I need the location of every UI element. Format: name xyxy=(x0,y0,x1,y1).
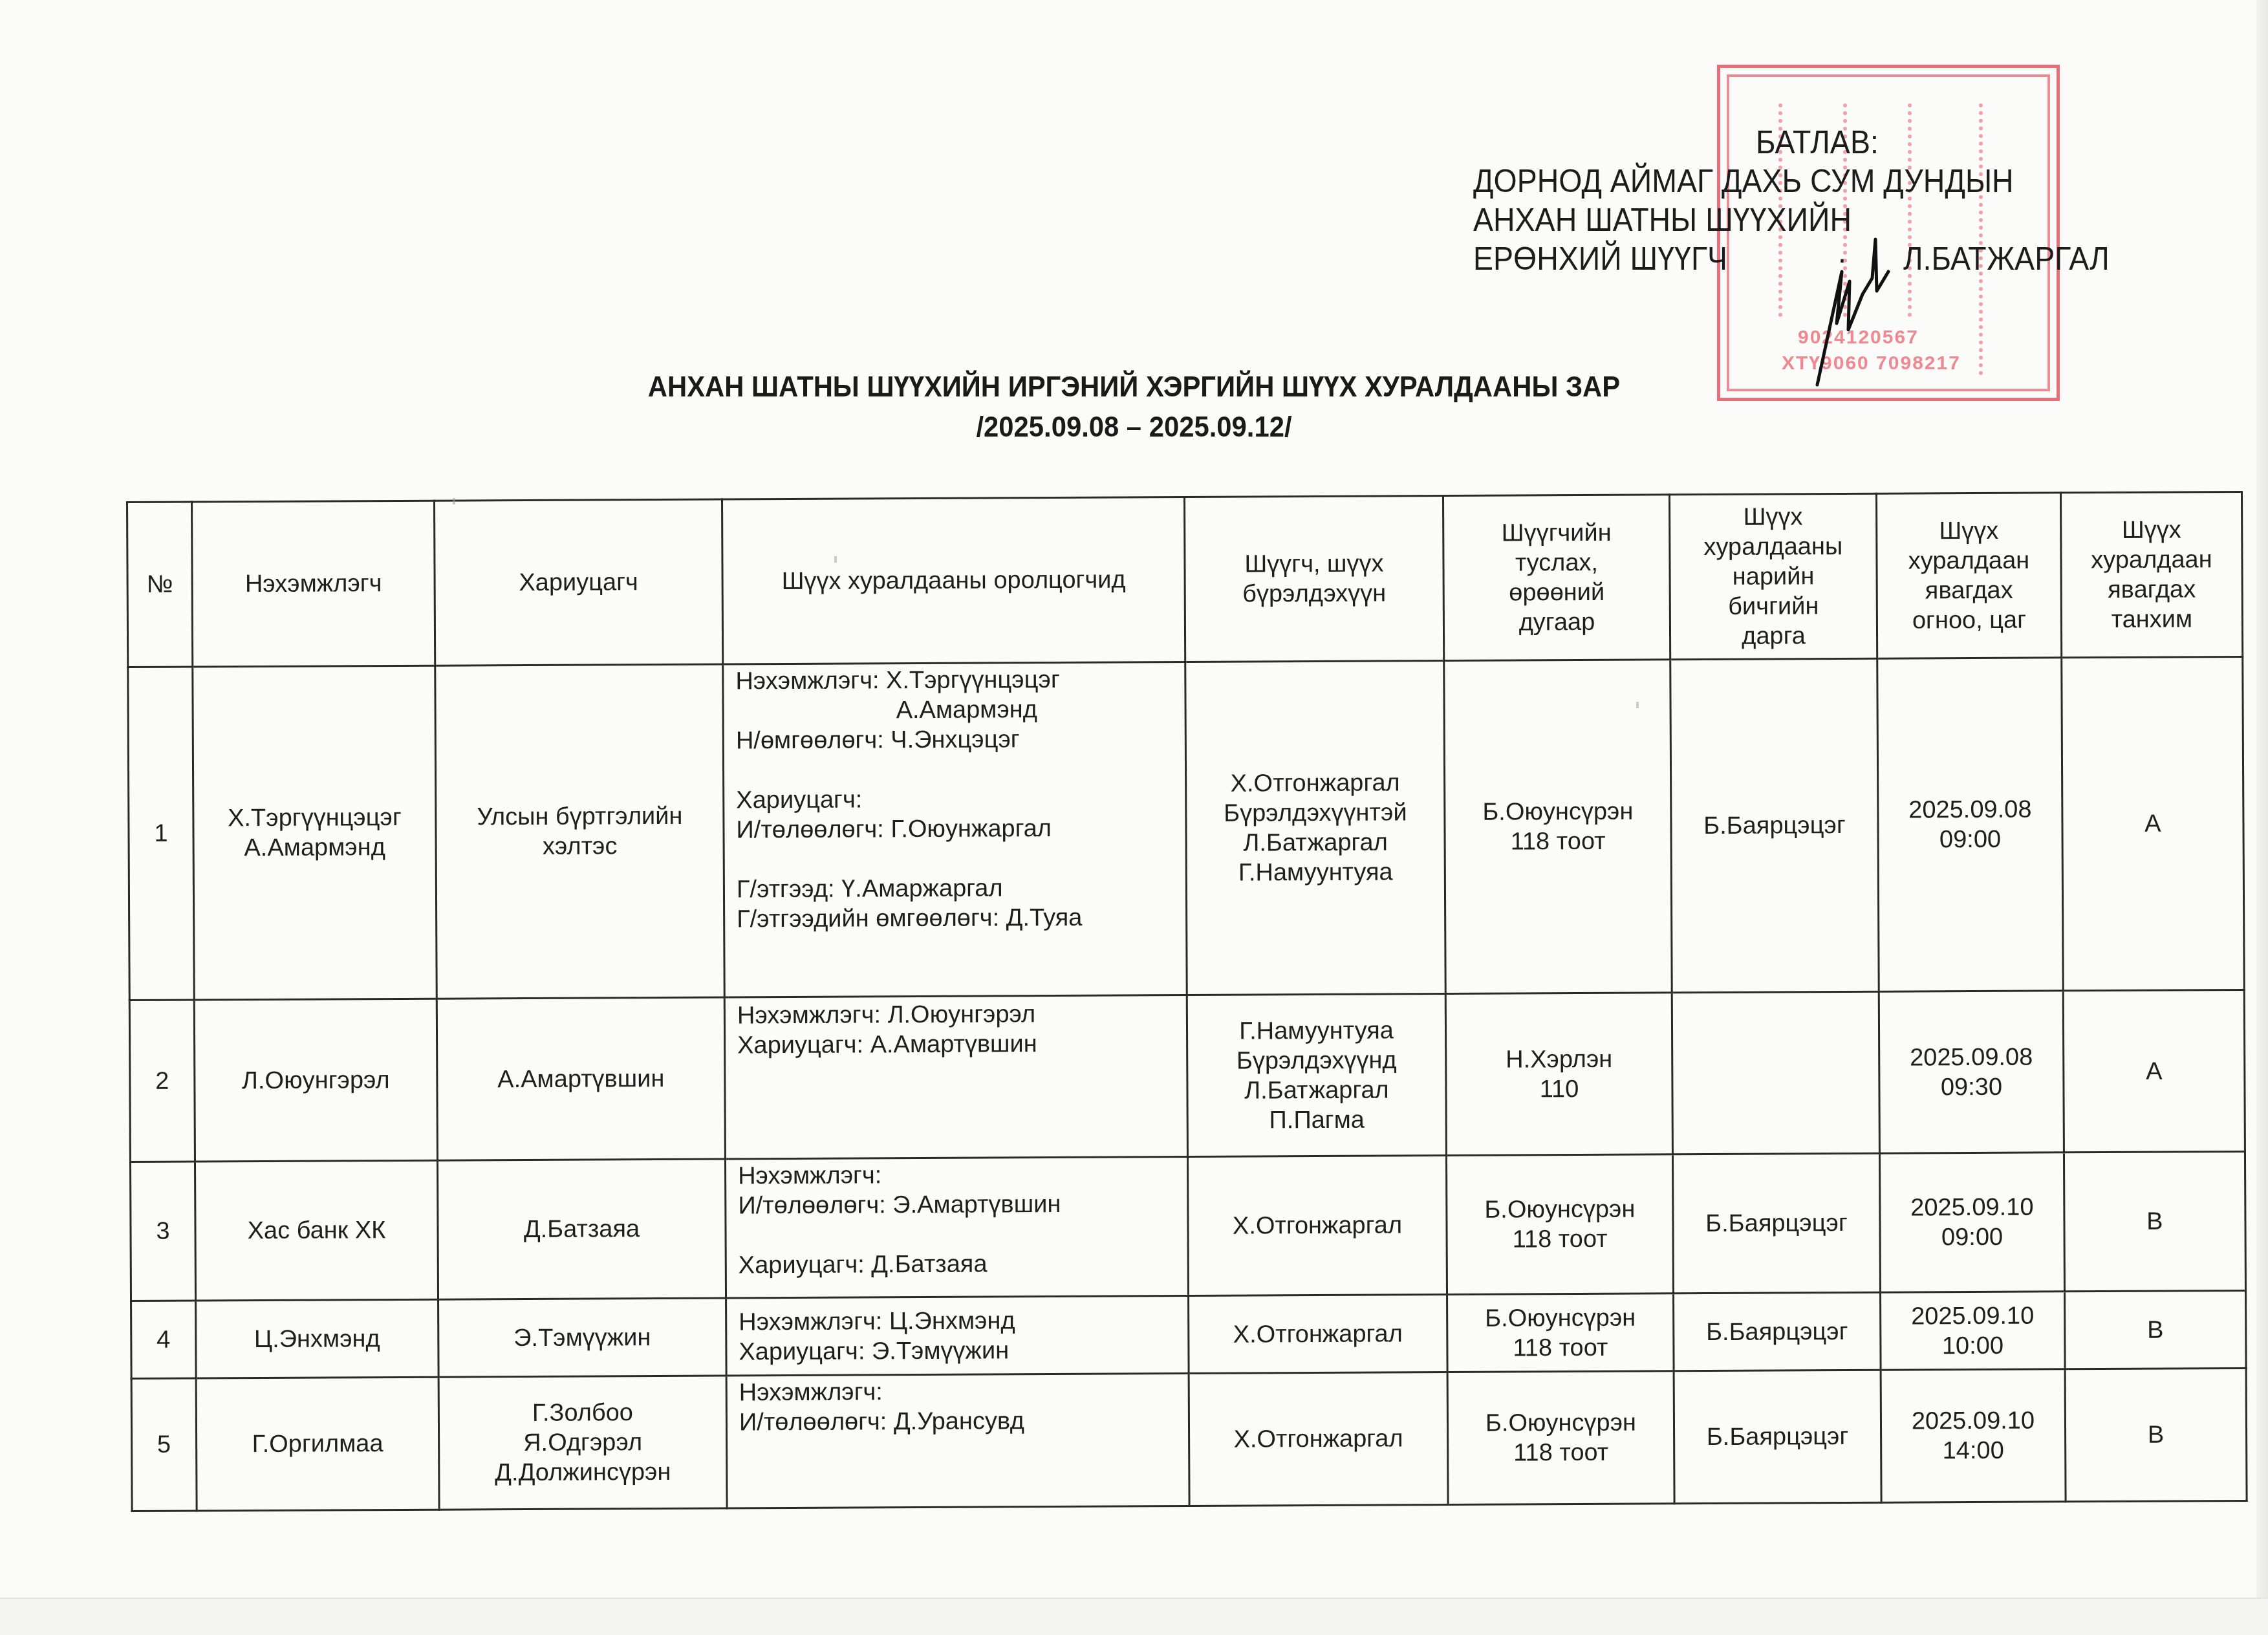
defendant-cell: Д.Батзаяа xyxy=(437,1159,726,1299)
cell-text: 09:00 xyxy=(1885,824,2055,854)
judge-panel-cell: Х.Отгонжаргал xyxy=(1187,1156,1447,1296)
cell-text: Г.Намуунтуяа xyxy=(1194,857,1438,888)
participant-line: Хариуцагч: xyxy=(736,783,1178,815)
hall-cell: В xyxy=(2064,1152,2245,1292)
approval-signee: Л.БАТЖАРГАЛ xyxy=(1903,239,2110,278)
hall-cell: В xyxy=(2065,1290,2247,1369)
cell-text: Х.Отгонжаргал xyxy=(1193,768,1437,799)
secretary-cell xyxy=(1672,991,1879,1154)
cell-text: Бүрэлдэхүүнд xyxy=(1194,1045,1438,1076)
participants-cell: Нэхэмжлэгч: Х.ТэргүүнцэцэгА.АмармэндН/өм… xyxy=(723,662,1187,997)
participant-line: Нэхэмжлэгч: Ц.Энхмэнд xyxy=(739,1305,1181,1337)
row-number-cell: 1 xyxy=(128,667,195,1000)
cell-text: Х.Отгонжаргал xyxy=(1196,1424,1440,1455)
header-text: Шүүгчийн xyxy=(1451,517,1662,548)
table-row: 1Х.ТэргүүнцэцэгА.АмармэндУлсын бүртгэлий… xyxy=(128,657,2244,1001)
participant-line: Нэхэмжлэгч: xyxy=(739,1376,1182,1407)
participant-line: Г/этгээд: Ү.Амаржаргал xyxy=(737,872,1179,904)
scan-page-edge xyxy=(2256,0,2268,1635)
cell-text: Х.Отгонжаргал xyxy=(1196,1319,1440,1350)
secretary-cell: Б.Баярцэцэг xyxy=(1674,1370,1881,1504)
defendant-cell: Улсын бүртгэлийнхэлтэс xyxy=(435,664,725,999)
header-text: бичгийн xyxy=(1678,591,1870,622)
header-text: дугаар xyxy=(1451,607,1663,638)
cell-text: Г.Оргилмаа xyxy=(204,1429,431,1460)
cell-text: Ц.Энхмэнд xyxy=(203,1323,431,1354)
participants-cell: Нэхэмжлэгч: Ц.ЭнхмэндХариуцагч: Э.Тэмүүж… xyxy=(726,1295,1189,1375)
cell-text: Д.Должинсүрэн xyxy=(446,1457,719,1488)
cell-text: 118 тоот xyxy=(1452,826,1663,857)
cell-text: Б.Оюунсүрэн xyxy=(1455,1407,1667,1438)
table-row: 4Ц.ЭнхмэндЭ.ТэмүүжинНэхэмжлэгч: Ц.Энхмэн… xyxy=(131,1290,2247,1378)
cell-text: 2025.09.08 xyxy=(1885,794,2055,825)
table-row: 3Хас банк ХКД.БатзаяаНэхэмжлэгч:И/төлөөл… xyxy=(130,1152,2245,1301)
cell-text: 2025.09.10 xyxy=(1888,1405,2058,1436)
plaintiff-cell: Хас банк ХК xyxy=(195,1160,438,1301)
table-row: 2Л.ОюунгэрэлА.АмартүвшинНэхэмжлэгч: Л.Ою… xyxy=(129,990,2245,1162)
header-participants: Шүүх хуралдааны оролцогчид xyxy=(722,497,1185,664)
datetime-cell: 2025.09.0809:00 xyxy=(1877,658,2064,991)
cell-text: 14:00 xyxy=(1888,1435,2058,1466)
table-body: 1Х.ТэргүүнцэцэгА.АмармэндУлсын бүртгэлий… xyxy=(128,657,2247,1511)
cell-text: 118 тоот xyxy=(1454,1224,1665,1255)
row-number-cell: 3 xyxy=(130,1162,195,1301)
header-text: № xyxy=(135,570,185,600)
hearing-schedule-table: №НэхэмжлэгчХариуцагчШүүх хуралдааны орол… xyxy=(126,491,2248,1512)
cell-text: Л.Оюунгэрэл xyxy=(202,1065,429,1096)
header-number: № xyxy=(127,502,193,667)
participants-cell: Нэхэмжлэгч:И/төлөөлөгч: Д.Урансувд xyxy=(726,1373,1189,1508)
cell-text: 10:00 xyxy=(1888,1330,2057,1361)
header-text: хуралдаан xyxy=(1884,545,2053,576)
cell-text: Х.Отгонжаргал xyxy=(1195,1210,1439,1241)
row-number-cell: 2 xyxy=(129,1000,195,1162)
cell-text: А.Амартүвшин xyxy=(444,1063,717,1094)
header-text: явагдах xyxy=(2069,574,2235,605)
cell-text: 118 тоот xyxy=(1455,1437,1667,1468)
header-text: явагдах xyxy=(1885,575,2054,605)
cell-text: Г.Золбоо xyxy=(446,1398,719,1429)
approval-line: АНХАН ШАТНЫ ШҮҮХИЙН xyxy=(1473,200,2147,239)
row-number-cell: 5 xyxy=(131,1378,197,1511)
header-text: Шүүх хуралдааны оролцогчид xyxy=(730,565,1178,596)
cell-text: 118 тоот xyxy=(1454,1332,1666,1363)
cell-text: 09:00 xyxy=(1887,1222,2057,1252)
row-number-cell: 4 xyxy=(131,1301,197,1378)
cell-text: 2025.09.10 xyxy=(1887,1192,2057,1222)
participant-line xyxy=(737,843,1179,874)
header-text: дарга xyxy=(1678,621,1870,651)
cell-text: Л.Батжаргал xyxy=(1193,827,1437,858)
cell-text: Н.Хэрлэн xyxy=(1453,1044,1665,1075)
header-secretary: Шүүххуралдаанынарийнбичгийндарга xyxy=(1669,493,1877,660)
cell-text: Э.Тэмүүжин xyxy=(446,1322,718,1353)
cell-text: Я.Одгэрэл xyxy=(446,1427,719,1458)
participant-line: Нэхэмжлэгч: Л.Оюунгэрэл xyxy=(737,999,1180,1030)
signature-icon xyxy=(1811,233,1901,388)
header-text: огноо, цаг xyxy=(1885,605,2054,635)
scan-speck xyxy=(1636,702,1639,708)
assistant-room-cell: Б.Оюунсүрэн118 тоот xyxy=(1447,1294,1674,1372)
cell-text: А.Амармэнд xyxy=(201,832,429,863)
header-text: өрөөний xyxy=(1451,577,1663,608)
assistant-room-cell: Н.Хэрлэн110 xyxy=(1445,993,1672,1156)
secretary-cell: Б.Баярцэцэг xyxy=(1674,1292,1881,1371)
header-plaintiff: Нэхэмжлэгч xyxy=(192,501,435,667)
header-text: бүрэлдэхүүн xyxy=(1193,578,1436,609)
plaintiff-cell: Л.Оюунгэрэл xyxy=(194,999,437,1162)
cell-text: П.Пагма xyxy=(1195,1105,1439,1136)
cell-text: Б.Оюунсүрэн xyxy=(1454,1303,1666,1334)
cell-text: Б.Баярцэцэг xyxy=(1681,1422,1874,1452)
approval-heading: БАТЛАВ: xyxy=(1473,123,2147,162)
cell-text: Б.Оюунсүрэн xyxy=(1452,796,1663,827)
header-text: Шүүгч, шүүх xyxy=(1192,548,1436,579)
secretary-cell: Б.Баярцэцэг xyxy=(1672,1153,1880,1294)
participants-cell: Нэхэмжлэгч:И/төлөөлөгч: Э.АмартүвшинХари… xyxy=(725,1156,1188,1297)
participant-line: А.Амармэнд xyxy=(735,694,1178,726)
plaintiff-cell: Х.ТэргүүнцэцэгА.Амармэнд xyxy=(193,666,437,1000)
table-header-row: №НэхэмжлэгчХариуцагчШүүх хуралдааны орол… xyxy=(127,492,2243,667)
title-date-range: /2025.09.08 – 2025.09.12/ xyxy=(57,407,2212,448)
header-text: Нэхэмжлэгч xyxy=(200,568,427,600)
assistant-room-cell: Б.Оюунсүрэн118 тоот xyxy=(1446,1154,1673,1295)
approval-block: БАТЛАВ: ДОРНОД АЙМАГ ДАХЬ СУМ ДУНДЫН АНХ… xyxy=(1473,123,2147,278)
judge-panel-cell: Г.НамуунтуяаБүрэлдэхүүндЛ.БатжаргалП.Паг… xyxy=(1187,994,1446,1157)
header-text: Хариуцагч xyxy=(442,567,715,598)
plaintiff-cell: Г.Оргилмаа xyxy=(196,1377,439,1511)
scan-bottom-margin xyxy=(0,1597,2268,1635)
cell-text: Г.Намуунтуяа xyxy=(1194,1015,1438,1046)
header-text: танхим xyxy=(2069,604,2235,634)
defendant-cell: Э.Тэмүүжин xyxy=(438,1298,727,1377)
hall-cell: А xyxy=(2063,990,2245,1153)
cell-text: Л.Батжаргал xyxy=(1194,1075,1438,1106)
cell-text: Бүрэлдэхүүнтэй xyxy=(1193,797,1437,828)
cell-text: Улсын бүртгэлийн xyxy=(443,801,716,832)
cell-text: Б.Баярцэцэг xyxy=(1678,810,1870,841)
assistant-room-cell: Б.Оюунсүрэн118 тоот xyxy=(1447,1371,1674,1505)
cell-text: Б.Баярцэцэг xyxy=(1680,1208,1872,1239)
cell-text: Хас банк ХК xyxy=(202,1215,430,1246)
participant-line: Г/этгээдийн өмгөөлөгч: Д.Туяа xyxy=(737,902,1179,934)
header-defendant: Хариуцагч xyxy=(435,499,723,666)
secretary-cell: Б.Баярцэцэг xyxy=(1670,658,1879,993)
header-text: хуралдааны xyxy=(1677,532,1869,562)
participant-line: Хариуцагч: Д.Батзаяа xyxy=(739,1248,1181,1280)
header-hall: Шүүххуралдаанявагдахтанхим xyxy=(2060,492,2242,658)
participant-line: Н/өмгөөлөгч: Ч.Энхцэцэг xyxy=(736,724,1178,755)
judge-panel-cell: Х.ОтгонжаргалБүрэлдэхүүнтэйЛ.БатжаргалГ.… xyxy=(1185,661,1446,995)
datetime-cell: 2025.09.1009:00 xyxy=(1879,1153,2064,1292)
judge-panel-cell: Х.Отгонжаргал xyxy=(1189,1372,1448,1506)
judge-panel-cell: Х.Отгонжаргал xyxy=(1189,1295,1448,1374)
participant-line xyxy=(738,1218,1180,1250)
header-text: туслах, xyxy=(1451,547,1662,578)
assistant-room-cell: Б.Оюунсүрэн118 тоот xyxy=(1444,660,1672,994)
participant-line: Нэхэмжлэгч: Х.Тэргүүнцэцэг xyxy=(735,664,1178,696)
table-row: 5Г.ОргилмааГ.ЗолбооЯ.ОдгэрэлД.Должинсүрэ… xyxy=(131,1368,2247,1511)
header-text: Шүүх xyxy=(2068,515,2234,545)
scan-speck xyxy=(834,556,837,563)
participant-line: И/төлөөлөгч: Г.Оюунжаргал xyxy=(736,813,1178,845)
participant-line: И/төлөөлөгч: Э.Амартүвшин xyxy=(738,1189,1180,1220)
approval-line: ДОРНОД АЙМАГ ДАХЬ СУМ ДУНДЫН xyxy=(1473,162,2147,200)
cell-text: 2025.09.08 xyxy=(1886,1042,2056,1072)
header-text: нарийн xyxy=(1677,561,1869,592)
header-assistant-room: Шүүгчийнтуслах,өрөөнийдугаар xyxy=(1443,495,1670,661)
cell-text: Х.Тэргүүнцэцэг xyxy=(200,803,428,834)
plaintiff-cell: Ц.Энхмэнд xyxy=(196,1299,439,1378)
header-judge-panel: Шүүгч, шүүхбүрэлдэхүүн xyxy=(1184,496,1443,662)
hall-cell: В xyxy=(2065,1368,2247,1501)
header-text: Шүүх xyxy=(1677,502,1869,532)
datetime-cell: 2025.09.0809:30 xyxy=(1879,991,2064,1153)
cell-text: Д.Батзаяа xyxy=(445,1214,718,1245)
cell-text: хэлтэс xyxy=(444,831,717,862)
participant-line: Хариуцагч: А.Амартүвшин xyxy=(737,1028,1180,1060)
participant-line xyxy=(736,753,1178,785)
cell-text: 110 xyxy=(1453,1074,1665,1105)
cell-text: 09:30 xyxy=(1886,1072,2056,1102)
header-text: Шүүх xyxy=(1884,515,2053,546)
cell-text: 2025.09.10 xyxy=(1888,1301,2057,1331)
cell-text: Б.Баярцэцэг xyxy=(1681,1316,1873,1347)
header-text: хуралдаан xyxy=(2068,545,2234,575)
participant-line: Нэхэмжлэгч: xyxy=(738,1159,1180,1191)
scan-speck xyxy=(453,498,455,504)
defendant-cell: А.Амартүвшин xyxy=(437,997,725,1160)
hall-cell: А xyxy=(2062,657,2245,991)
participants-cell: Нэхэмжлэгч: Л.ОюунгэрэлХариуцагч: А.Амар… xyxy=(724,995,1187,1158)
cell-text: Б.Оюунсүрэн xyxy=(1454,1194,1665,1225)
defendant-cell: Г.ЗолбооЯ.ОдгэрэлД.Должинсүрэн xyxy=(438,1376,727,1510)
datetime-cell: 2025.09.1014:00 xyxy=(1881,1369,2066,1502)
participant-line: И/төлөөлөгч: Д.Урансувд xyxy=(739,1405,1182,1437)
datetime-cell: 2025.09.1010:00 xyxy=(1881,1292,2066,1370)
participant-line: Хариуцагч: Э.Тэмүүжин xyxy=(739,1335,1181,1367)
header-datetime: Шүүххуралдаанявагдахогноо, цаг xyxy=(1876,493,2061,658)
